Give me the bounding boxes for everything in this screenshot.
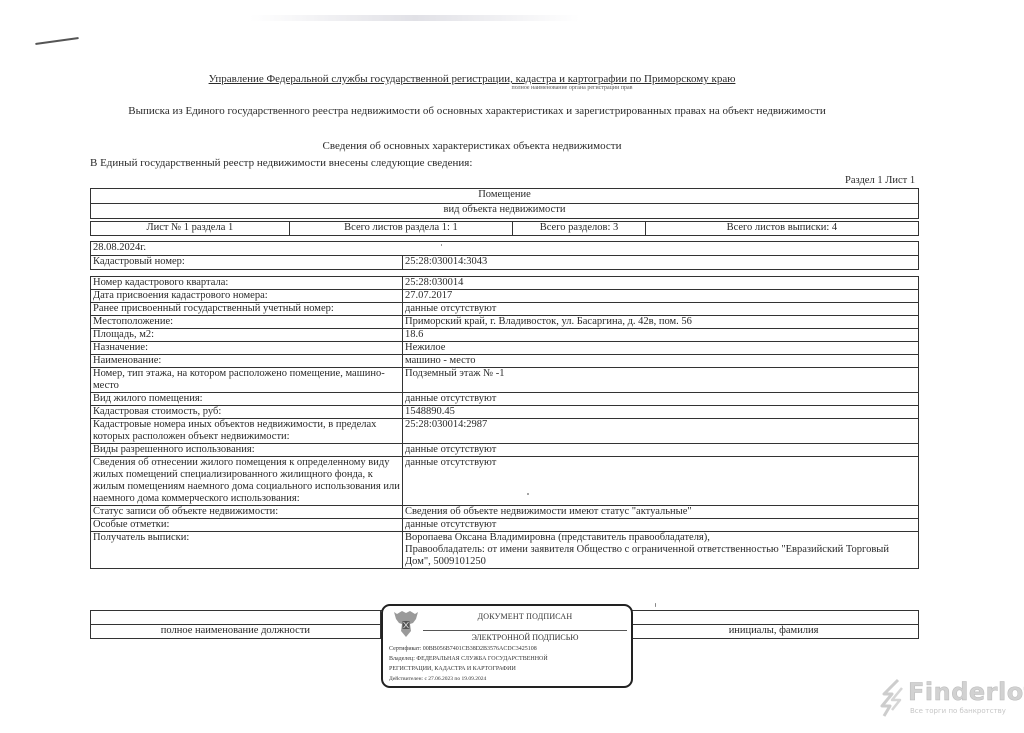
row-label: Сведения об отнесении жилого помещения к… — [91, 457, 403, 506]
table-row: Номер кадастрового квартала:25:28:030014 — [91, 277, 919, 290]
table-row: Площадь, м2:18.6 — [91, 329, 919, 342]
characteristics-table: Номер кадастрового квартала:25:28:030014… — [90, 276, 919, 569]
row-value: данные отсутствуют — [403, 393, 919, 406]
row-value: Нежилое — [403, 342, 919, 355]
row-value: 25:28:030014 — [403, 277, 919, 290]
stamp-title: ДОКУМЕНТ ПОДПИСАН — [423, 612, 627, 621]
date-cadastral-table: 28.08.2024г. Кадастровый номер: 25:28:03… — [90, 241, 919, 270]
row-value: данные отсутствуют — [403, 303, 919, 316]
sheets-total: Всего листов выписки: 4 — [645, 222, 918, 236]
table-row: Назначение:Нежилое — [91, 342, 919, 355]
sheet-info-table: Лист № 1 раздела 1 Всего листов раздела … — [90, 221, 919, 236]
intro-text: В Единый государственный реестр недвижим… — [90, 157, 472, 169]
row-value: Сведения об объекте недвижимости имеют с… — [403, 506, 919, 519]
stamp-certificate: Сертификат: 00BB056B7401CB38D2B3576ACDC3… — [389, 646, 537, 652]
row-value: данные отсутствуют — [403, 519, 919, 532]
name-blank — [629, 611, 919, 625]
table-row: Получатель выписки:Воропаева Оксана Влад… — [91, 532, 919, 569]
table-row: Кадастровые номера иных объектов недвижи… — [91, 419, 919, 444]
object-type-caption: вид объекта недвижимости — [91, 204, 919, 219]
double-headed-eagle-emblem-icon — [393, 609, 419, 639]
row-label: Кадастровые номера иных объектов недвижи… — [91, 419, 403, 444]
sheet-number: Лист № 1 раздела 1 — [91, 222, 290, 236]
row-value: Приморский край, г. Владивосток, ул. Бас… — [403, 316, 919, 329]
extract-title: Выписка из Единого государственного реес… — [0, 105, 944, 117]
row-label: Особые отметки: — [91, 519, 403, 532]
row-value: 27.07.2017 — [403, 290, 919, 303]
row-label: Номер, тип этажа, на котором расположено… — [91, 368, 403, 393]
table-row: Статус записи об объекте недвижимости:Св… — [91, 506, 919, 519]
row-label: Статус записи об объекте недвижимости: — [91, 506, 403, 519]
row-value: 1548890.45 — [403, 406, 919, 419]
row-label: Вид жилого помещения: — [91, 393, 403, 406]
registration-authority-caption: полное наименование органа регистрации п… — [0, 85, 944, 91]
table-row: Особые отметки:данные отсутствуют — [91, 519, 919, 532]
pen-mark — [35, 37, 79, 45]
finderlot-watermark: Finderlot Все торги по банкротству — [878, 676, 1018, 726]
section-title: Сведения об основных характеристиках объ… — [0, 140, 944, 152]
row-value: машино - место — [403, 355, 919, 368]
stamp-validity: Действителен: с 27.06.2023 по 19.09.2024 — [389, 676, 486, 682]
stamp-subtitle: ЭЛЕКТРОННОЙ ПОДПИСЬЮ — [423, 630, 627, 642]
stamp-owner: Владелец: ФЕДЕРАЛЬНАЯ СЛУЖБА ГОСУДАРСТВЕ… — [389, 656, 548, 662]
object-type-table: Помещение вид объекта недвижимости — [90, 188, 919, 219]
row-value: данные отсутствуют — [403, 457, 919, 506]
table-row: Сведения об отнесении жилого помещения к… — [91, 457, 919, 506]
table-row: Вид жилого помещения:данные отсутствуют — [91, 393, 919, 406]
position-blank — [91, 611, 381, 625]
watermark-tagline: Все торги по банкротству — [910, 707, 1006, 715]
table-row: Виды разрешенного использования:данные о… — [91, 444, 919, 457]
scan-speck — [655, 603, 656, 607]
row-label: Кадастровая стоимость, руб: — [91, 406, 403, 419]
row-label: Назначение: — [91, 342, 403, 355]
cadastral-number-label: Кадастровый номер: — [91, 256, 403, 270]
scan-speck — [527, 493, 529, 495]
table-row: Наименование:машино - место — [91, 355, 919, 368]
table-row: Кадастровая стоимость, руб:1548890.45 — [91, 406, 919, 419]
section-sheet-ref: Раздел 1 Лист 1 — [845, 175, 915, 186]
position-caption: полное наименование должности — [91, 625, 381, 639]
sheets-in-section: Всего листов раздела 1: 1 — [289, 222, 513, 236]
row-label: Наименование: — [91, 355, 403, 368]
name-caption: инициалы, фамилия — [629, 625, 919, 639]
stamp-owner-cont: РЕГИСТРАЦИИ, КАДАСТРА И КАРТОГРАФИИ — [389, 666, 516, 672]
row-label: Местоположение: — [91, 316, 403, 329]
table-row: Местоположение:Приморский край, г. Влади… — [91, 316, 919, 329]
cadastral-number-value: 25:28:030014:3043 — [403, 256, 919, 270]
scan-artifact — [250, 15, 580, 21]
finderlot-logo-icon — [880, 678, 908, 718]
registration-authority-text: Управление Федеральной службы государств… — [209, 73, 736, 85]
row-value: 18.6 — [403, 329, 919, 342]
registration-authority: Управление Федеральной службы государств… — [0, 73, 944, 85]
row-value: Воропаева Оксана Владимировна (представи… — [403, 532, 919, 569]
row-value: Подземный этаж № -1 — [403, 368, 919, 393]
watermark-name: Finderlot — [908, 678, 1024, 706]
row-value: 25:28:030014:2987 — [403, 419, 919, 444]
row-label: Получатель выписки: — [91, 532, 403, 569]
row-label: Площадь, м2: — [91, 329, 403, 342]
row-label: Дата присвоения кадастрового номера: — [91, 290, 403, 303]
table-row: Ранее присвоенный государственный учетны… — [91, 303, 919, 316]
object-type-value: Помещение — [91, 189, 919, 204]
row-label: Номер кадастрового квартала: — [91, 277, 403, 290]
electronic-signature-stamp: ДОКУМЕНТ ПОДПИСАН ЭЛЕКТРОННОЙ ПОДПИСЬЮ С… — [381, 604, 633, 688]
table-row: Дата присвоения кадастрового номера:27.0… — [91, 290, 919, 303]
sections-total: Всего разделов: 3 — [513, 222, 645, 236]
row-label: Ранее присвоенный государственный учетны… — [91, 303, 403, 316]
table-row: Номер, тип этажа, на котором расположено… — [91, 368, 919, 393]
row-value: данные отсутствуют — [403, 444, 919, 457]
extract-date: 28.08.2024г. — [91, 242, 919, 256]
row-label: Виды разрешенного использования: — [91, 444, 403, 457]
scan-speck — [441, 244, 442, 246]
